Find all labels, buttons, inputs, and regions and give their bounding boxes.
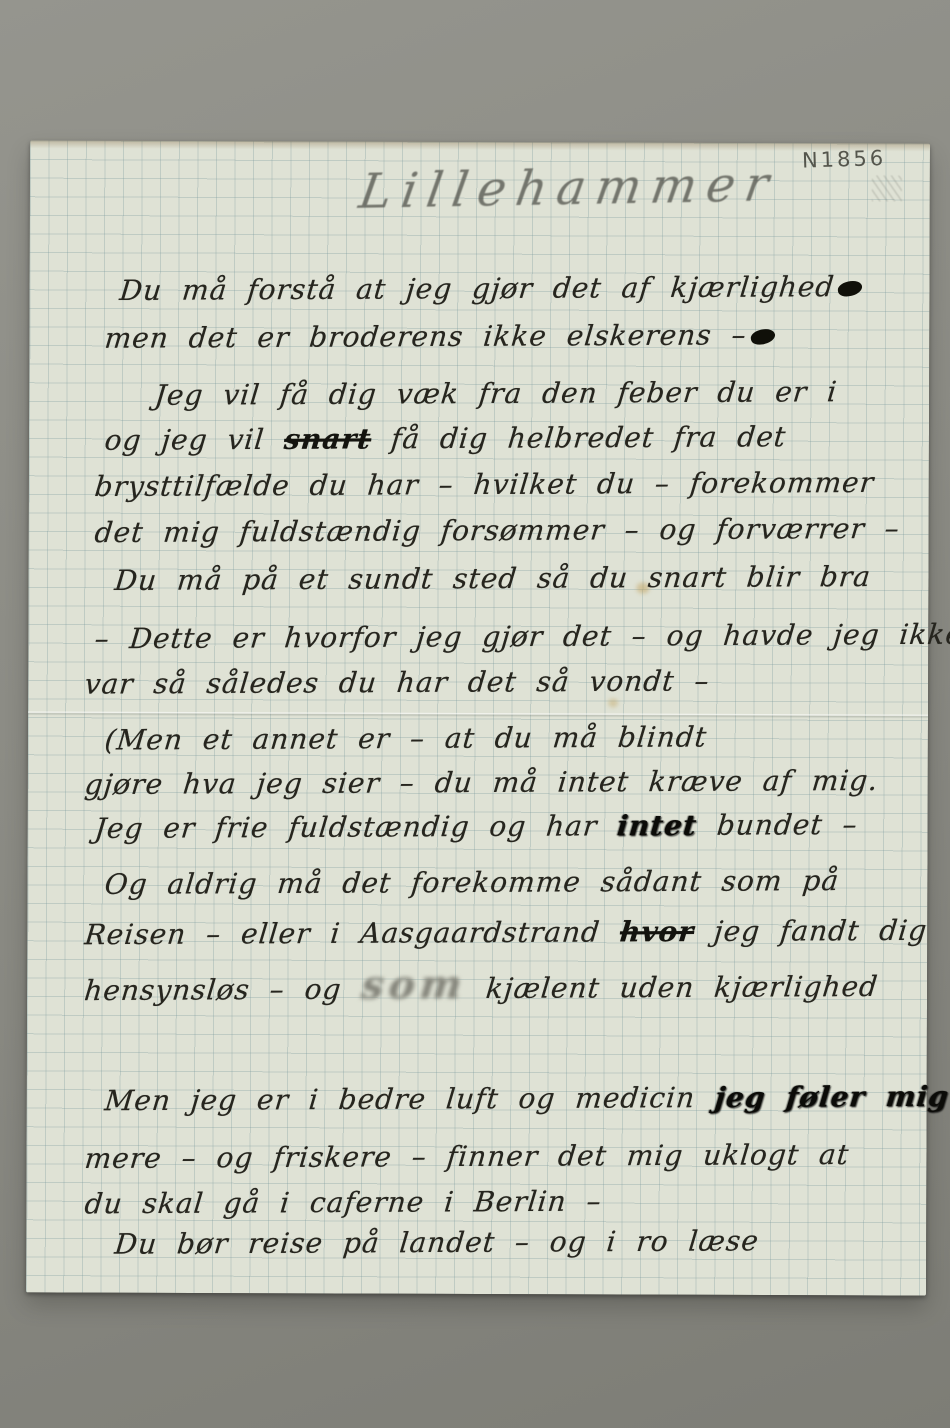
handwritten-text: jeg fandt dig xyxy=(693,914,929,948)
handwritten-text: få dig helbredet fra det xyxy=(370,420,788,455)
handwritten-text: Og aldrig må det forekomme sådant som på xyxy=(103,864,841,901)
photo-background: N1856 Lillehammer Du må forstå at jeg gj… xyxy=(0,0,950,1428)
handwritten-line: gjøre hva jeg sier – du må intet kræve a… xyxy=(83,764,880,801)
handwritten-line: hensynsløs – og som kjælent uden kjærlig… xyxy=(82,960,880,1010)
handwritten-line: Og aldrig må det forekomme sådant som på xyxy=(103,864,841,901)
handwritten-line: og jeg vil snart få dig helbredet fra de… xyxy=(103,420,788,457)
handwritten-text: (Men et annet er – at du må blindt xyxy=(103,720,709,756)
handwritten-text: Du må på et sundt sted så du snart blir … xyxy=(113,560,873,597)
handwritten-line: (Men et annet er – at du må blindt xyxy=(103,720,709,756)
struck-word: snart xyxy=(283,422,373,455)
handwritten-line: men det er broderens ikke elskerens – xyxy=(103,318,776,355)
handwritten-text: Men jeg er i bedre luft og medicin xyxy=(103,1081,717,1117)
blotted-words: jeg føler mig xyxy=(713,1080,950,1114)
handwritten-text: du skal gå i caferne i Berlin – xyxy=(83,1185,603,1221)
handwritten-line: du skal gå i caferne i Berlin – xyxy=(83,1185,603,1221)
handwritten-line: Du må på et sundt sted så du snart blir … xyxy=(113,560,873,597)
handwritten-text: Du må forstå at jeg gjør det af kjærligh… xyxy=(118,270,836,307)
handwritten-line: mere – og friskere – finner det mig uklo… xyxy=(83,1138,851,1175)
handwritten-text: gjøre hva jeg sier – du må intet kræve a… xyxy=(83,764,880,801)
handwritten-text: brysttilfælde du har – hvilket du – fore… xyxy=(93,466,876,503)
handwritten-text: og jeg vil xyxy=(103,423,286,457)
ink-blot xyxy=(837,278,863,298)
handwritten-text: Jeg vil få dig væk fra den feber du er i xyxy=(153,375,839,412)
handwritten-line: brysttilfælde du har – hvilket du – fore… xyxy=(93,466,876,503)
handwritten-line: var så således du har det så vondt – xyxy=(83,664,711,700)
handwritten-line: det mig fuldstændig forsømmer – og forvæ… xyxy=(93,512,901,549)
handwritten-text: kjælent uden kjærlighed xyxy=(465,970,880,1005)
handwritten-text: mere – og friskere – finner det mig uklo… xyxy=(83,1138,851,1175)
handwritten-line: – Dette er hvorfor jeg gjør det – og hav… xyxy=(93,618,950,656)
handwritten-text: – Dette er hvorfor jeg gjør det – og hav… xyxy=(93,618,950,656)
handwritten-text: det mig fuldstændig forsømmer – og forvæ… xyxy=(93,512,901,549)
handwritten-line: Jeg er frie fuldstændig og har intet bun… xyxy=(93,808,859,845)
struck-word: hvor xyxy=(618,915,695,948)
handwritten-text: bundet – xyxy=(695,808,859,842)
handwritten-line: Du bør reise på landet – og i ro læse xyxy=(113,1224,760,1260)
handwritten-line: Jeg vil få dig væk fra den feber du er i xyxy=(153,375,839,412)
handwritten-text: Du bør reise på landet – og i ro læse xyxy=(113,1224,760,1260)
handwritten-text: Jeg er frie fuldstændig og har xyxy=(93,809,619,845)
letter-body: Du må forstå at jeg gjør det af kjærligh… xyxy=(0,0,950,1428)
blotted-words: intet xyxy=(616,809,699,842)
ink-blot xyxy=(749,327,775,347)
handwritten-line: Du må forstå at jeg gjør det af kjærligh… xyxy=(118,270,864,307)
handwritten-text: Reisen – eller i Aasgaardstrand xyxy=(83,915,622,951)
handwritten-text: men det er broderens ikke elskerens – xyxy=(103,318,748,354)
handwritten-text: hensynsløs – og xyxy=(83,973,363,1007)
handwritten-line: Men jeg er i bedre luft og medicin jeg f… xyxy=(103,1080,950,1117)
pencil-smudge-word: som xyxy=(360,962,469,1009)
handwritten-text: var så således du har det så vondt – xyxy=(83,664,711,700)
handwritten-line: Reisen – eller i Aasgaardstrand hvor jeg… xyxy=(83,914,929,951)
